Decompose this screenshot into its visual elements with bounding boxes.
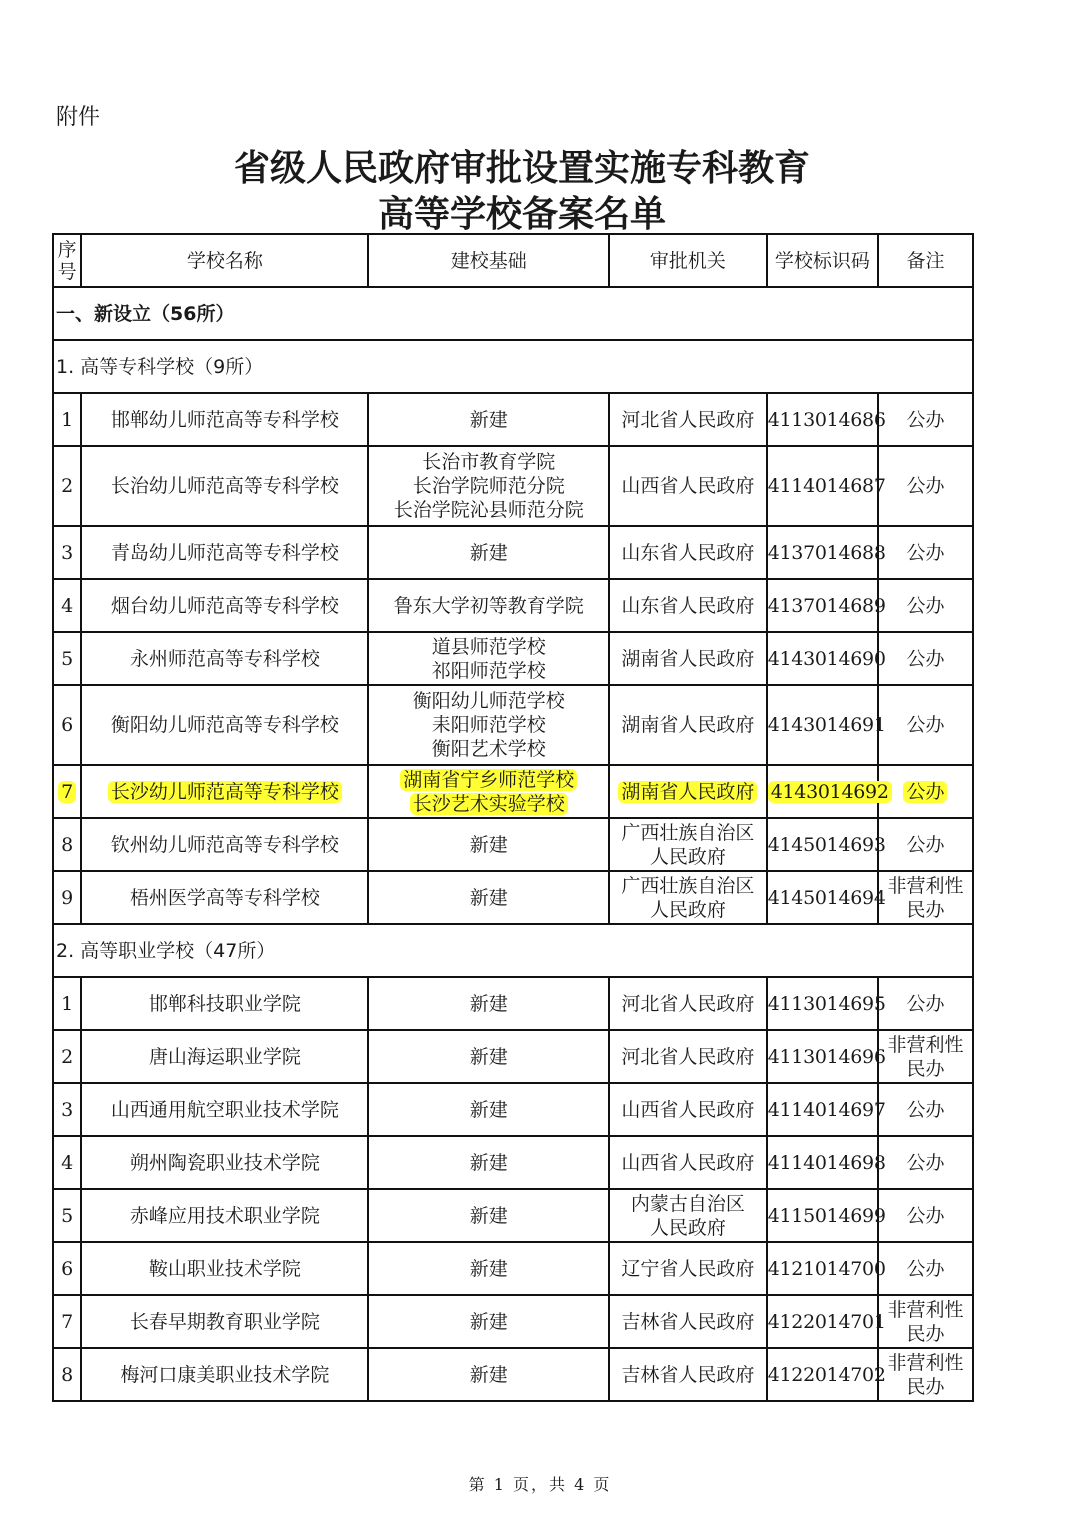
remark-text: 公办 [906,595,944,617]
founding-basis: 新建 [368,1189,609,1242]
row-number-text: 3 [61,542,73,564]
approval-authority-text: 广西壮族自治区 [621,822,754,844]
founding-basis-text: 祁阳师范学校 [432,660,546,682]
table-row: 2长治幼儿师范高等专科学校长治市教育学院长治学院师范分院长治学院沁县师范分院山西… [53,446,973,526]
table-row: 8钦州幼儿师范高等专科学校新建广西壮族自治区人民政府4145014693公办 [53,818,973,871]
founding-basis: 新建 [368,977,609,1030]
header-authority: 审批机关 [609,234,767,287]
subsection-row-vocational: 2. 高等职业学校（47所） [53,924,973,977]
section-title: 一、新设立（56所） [53,287,973,340]
founding-basis-text: 新建 [470,1099,508,1121]
approval-authority-text: 湖南省人民政府 [621,714,754,736]
row-number: 7 [53,765,81,818]
approval-authority-text: 山西省人民政府 [621,475,754,497]
remark: 非营利性民办 [878,1030,973,1083]
school-code: 4114014698 [767,1136,878,1189]
school-name: 邯郸幼儿师范高等专科学校 [81,393,368,446]
approval-authority-text: 河北省人民政府 [621,993,754,1015]
row-number-text: 5 [61,648,73,670]
header-school-name: 学校名称 [81,234,368,287]
founding-basis: 新建 [368,1030,609,1083]
row-number-text: 7 [61,1311,73,1333]
approval-authority: 吉林省人民政府 [609,1295,767,1348]
founding-basis-text: 新建 [470,1311,508,1333]
approval-authority-text: 山西省人民政府 [621,1152,754,1174]
approval-authority-text: 吉林省人民政府 [621,1311,754,1333]
remark-text: 公办 [906,542,944,564]
founding-basis-text: 新建 [470,1205,508,1227]
founding-basis: 长治市教育学院长治学院师范分院长治学院沁县师范分院 [368,446,609,526]
school-name-text: 衡阳幼儿师范高等专科学校 [111,714,339,736]
school-code-text: 4137014688 [768,542,886,564]
approval-authority: 河北省人民政府 [609,977,767,1030]
table-row: 6衡阳幼儿师范高等专科学校衡阳幼儿师范学校耒阳师范学校衡阳艺术学校湖南省人民政府… [53,685,973,765]
founding-basis-text: 新建 [470,887,508,909]
remark-text: 公办 [906,714,944,736]
school-name: 唐山海运职业学院 [81,1030,368,1083]
approval-authority: 吉林省人民政府 [609,1348,767,1401]
school-name-text: 梅河口康美职业技术学院 [120,1364,329,1386]
school-name-text: 烟台幼儿师范高等专科学校 [111,595,339,617]
row-number-text: 4 [61,595,73,617]
founding-basis: 衡阳幼儿师范学校耒阳师范学校衡阳艺术学校 [368,685,609,765]
row-number: 9 [53,871,81,924]
school-code: 4143014692 [767,765,878,818]
school-name: 长春早期教育职业学院 [81,1295,368,1348]
school-name: 赤峰应用技术职业学院 [81,1189,368,1242]
school-name-text: 长沙幼儿师范高等专科学校 [108,781,342,803]
row-number: 3 [53,526,81,579]
row-number: 6 [53,1242,81,1295]
row-number: 1 [53,977,81,1030]
approval-authority-text: 人民政府 [650,846,726,868]
approval-authority: 山东省人民政府 [609,579,767,632]
school-code: 4115014699 [767,1189,878,1242]
remark: 公办 [878,1242,973,1295]
school-name: 鞍山职业技术学院 [81,1242,368,1295]
school-code-text: 4122014702 [768,1364,886,1386]
remark-text: 公办 [906,1258,944,1280]
remark-text: 非营利性 [887,1352,963,1374]
approval-authority-text: 山西省人民政府 [621,1099,754,1121]
row-number-text: 9 [61,887,73,909]
school-name-text: 梧州医学高等专科学校 [130,887,320,909]
school-code: 4143014691 [767,685,878,765]
remark-text: 民办 [906,1376,944,1398]
school-name: 钦州幼儿师范高等专科学校 [81,818,368,871]
approval-authority: 山西省人民政府 [609,1136,767,1189]
school-name: 梧州医学高等专科学校 [81,871,368,924]
school-code-text: 4143014692 [768,781,892,803]
approval-authority: 辽宁省人民政府 [609,1242,767,1295]
school-name-text: 永州师范高等专科学校 [130,648,320,670]
school-code: 4143014690 [767,632,878,685]
school-code-text: 4113014686 [768,409,886,431]
founding-basis: 新建 [368,393,609,446]
approval-authority: 河北省人民政府 [609,393,767,446]
approval-authority-text: 湖南省人民政府 [621,648,754,670]
founding-basis-text: 新建 [470,1152,508,1174]
founding-basis: 新建 [368,1136,609,1189]
table-header-row: 序号 学校名称 建校基础 审批机关 学校标识码 备注 [53,234,973,287]
row-number-text: 7 [58,781,76,803]
header-seq: 序号 [53,234,81,287]
school-code: 4113014686 [767,393,878,446]
approval-authority: 河北省人民政府 [609,1030,767,1083]
table-row: 5赤峰应用技术职业学院新建内蒙古自治区人民政府4115014699公办 [53,1189,973,1242]
row-number-text: 6 [61,714,73,736]
founding-basis-text: 新建 [470,409,508,431]
row-number: 1 [53,393,81,446]
remark: 非营利性民办 [878,1348,973,1401]
table-row: 7长沙幼儿师范高等专科学校湖南省宁乡师范学校长沙艺术实验学校湖南省人民政府414… [53,765,973,818]
document-title-line2: 高等学校备案名单 [0,186,1062,237]
remark: 公办 [878,818,973,871]
school-name-text: 长春早期教育职业学院 [130,1311,320,1333]
row-number-text: 1 [61,993,73,1015]
approval-authority-text: 人民政府 [650,899,726,921]
founding-basis: 新建 [368,871,609,924]
school-code: 4113014695 [767,977,878,1030]
row-number-text: 1 [61,409,73,431]
school-name-text: 青岛幼儿师范高等专科学校 [111,542,339,564]
remark: 公办 [878,765,973,818]
row-number: 7 [53,1295,81,1348]
founding-basis-text: 新建 [470,1364,508,1386]
approval-authority: 内蒙古自治区人民政府 [609,1189,767,1242]
approval-authority-text: 山东省人民政府 [621,542,754,564]
row-number: 4 [53,1136,81,1189]
remark: 公办 [878,446,973,526]
school-code: 4114014697 [767,1083,878,1136]
school-name-text: 钦州幼儿师范高等专科学校 [111,834,339,856]
school-name: 邯郸科技职业学院 [81,977,368,1030]
row-number-text: 5 [61,1205,73,1227]
remark: 公办 [878,1083,973,1136]
school-name: 青岛幼儿师范高等专科学校 [81,526,368,579]
approval-authority: 山西省人民政府 [609,1083,767,1136]
remark: 公办 [878,579,973,632]
table-row: 7长春早期教育职业学院新建吉林省人民政府4122014701非营利性民办 [53,1295,973,1348]
school-code-text: 4121014700 [768,1258,886,1280]
table-row: 2唐山海运职业学院新建河北省人民政府4113014696非营利性民办 [53,1030,973,1083]
school-code-text: 4114014687 [768,475,886,497]
approval-authority-text: 湖南省人民政府 [618,781,757,803]
table-row: 1邯郸科技职业学院新建河北省人民政府4113014695公办 [53,977,973,1030]
row-number-text: 4 [61,1152,73,1174]
school-code-text: 4113014695 [768,993,886,1015]
founding-basis-text: 鲁东大学初等教育学院 [394,595,584,617]
row-number: 8 [53,818,81,871]
approval-authority-text: 吉林省人民政府 [621,1364,754,1386]
school-code-text: 4145014694 [768,887,886,909]
remark-text: 公办 [906,409,944,431]
school-code: 4145014693 [767,818,878,871]
approval-authority: 湖南省人民政府 [609,632,767,685]
table-row: 6鞍山职业技术学院新建辽宁省人民政府4121014700公办 [53,1242,973,1295]
remark: 非营利性民办 [878,871,973,924]
founding-basis-text: 湖南省宁乡师范学校 [400,769,577,791]
row-number-text: 8 [61,834,73,856]
row-number: 2 [53,446,81,526]
remark-text: 公办 [906,993,944,1015]
school-code: 4114014687 [767,446,878,526]
header-code: 学校标识码 [767,234,878,287]
row-number-text: 2 [61,475,73,497]
remark-text: 公办 [903,781,947,803]
school-code-text: 4113014696 [768,1046,886,1068]
founding-basis: 湖南省宁乡师范学校长沙艺术实验学校 [368,765,609,818]
remark-text: 非营利性 [887,1034,963,1056]
subsection-title: 1. 高等专科学校（9所） [53,340,973,393]
remark-text: 民办 [906,1323,944,1345]
founding-basis-text: 衡阳艺术学校 [432,738,546,760]
page-footer: 第 1 页，共 4 页 [0,1472,1080,1495]
school-name-text: 邯郸科技职业学院 [149,993,301,1015]
table-row: 1邯郸幼儿师范高等专科学校新建河北省人民政府4113014686公办 [53,393,973,446]
founding-basis: 新建 [368,526,609,579]
founding-basis-text: 新建 [470,542,508,564]
remark: 非营利性民办 [878,1295,973,1348]
school-code: 4137014688 [767,526,878,579]
school-name-text: 长治幼儿师范高等专科学校 [111,475,339,497]
school-name-text: 朔州陶瓷职业技术学院 [130,1152,320,1174]
school-name: 朔州陶瓷职业技术学院 [81,1136,368,1189]
approval-authority-text: 河北省人民政府 [621,1046,754,1068]
approval-authority: 广西壮族自治区人民政府 [609,818,767,871]
school-code: 4122014701 [767,1295,878,1348]
founding-basis-text: 长治学院沁县师范分院 [394,499,584,521]
approval-authority: 山东省人民政府 [609,526,767,579]
school-name: 烟台幼儿师范高等专科学校 [81,579,368,632]
remark: 公办 [878,526,973,579]
school-code-text: 4114014698 [768,1152,886,1174]
remark: 公办 [878,632,973,685]
school-name: 梅河口康美职业技术学院 [81,1348,368,1401]
row-number-text: 8 [61,1364,73,1386]
founding-basis-text: 新建 [470,1258,508,1280]
school-name: 永州师范高等专科学校 [81,632,368,685]
remark-text: 公办 [906,1205,944,1227]
approval-authority: 湖南省人民政府 [609,685,767,765]
founding-basis-text: 衡阳幼儿师范学校 [413,690,565,712]
school-code-text: 4145014693 [768,834,886,856]
remark-text: 公办 [906,475,944,497]
founding-basis: 新建 [368,1348,609,1401]
document-title-line1: 省级人民政府审批设置实施专科教育 [0,140,1062,191]
school-name-text: 鞍山职业技术学院 [149,1258,301,1280]
approval-authority: 湖南省人民政府 [609,765,767,818]
subsection-row-colleges: 1. 高等专科学校（9所） [53,340,973,393]
school-name-text: 山西通用航空职业技术学院 [111,1099,339,1121]
founding-basis: 新建 [368,818,609,871]
remark-text: 公办 [906,648,944,670]
founding-basis-text: 道县师范学校 [432,636,546,658]
row-number: 5 [53,1189,81,1242]
founding-basis-text: 长治学院师范分院 [413,475,565,497]
remark: 公办 [878,1136,973,1189]
approval-authority-text: 内蒙古自治区 [631,1193,745,1215]
founding-basis: 新建 [368,1242,609,1295]
school-name-text: 赤峰应用技术职业学院 [130,1205,320,1227]
school-code-text: 4137014689 [768,595,886,617]
founding-basis-text: 长治市教育学院 [422,451,555,473]
founding-basis-text: 新建 [470,993,508,1015]
attachment-label: 附件 [56,100,100,131]
school-code: 4122014702 [767,1348,878,1401]
row-number: 3 [53,1083,81,1136]
remark-text: 公办 [906,1099,944,1121]
remark-text: 公办 [906,1152,944,1174]
table-row: 3山西通用航空职业技术学院新建山西省人民政府4114014697公办 [53,1083,973,1136]
founding-basis-text: 耒阳师范学校 [432,714,546,736]
row-number: 8 [53,1348,81,1401]
school-name: 山西通用航空职业技术学院 [81,1083,368,1136]
header-note: 备注 [878,234,973,287]
table-row: 3青岛幼儿师范高等专科学校新建山东省人民政府4137014688公办 [53,526,973,579]
row-number: 5 [53,632,81,685]
subsection-title: 2. 高等职业学校（47所） [53,924,973,977]
school-code-text: 4114014697 [768,1099,886,1121]
school-code-text: 4143014690 [768,648,886,670]
remark-text: 民办 [906,1058,944,1080]
row-number-text: 2 [61,1046,73,1068]
approval-authority-text: 广西壮族自治区 [621,875,754,897]
remark-text: 公办 [906,834,944,856]
school-code: 4137014689 [767,579,878,632]
approval-authority-text: 辽宁省人民政府 [621,1258,754,1280]
remark-text: 民办 [906,899,944,921]
founding-basis-text: 新建 [470,1046,508,1068]
school-name: 长治幼儿师范高等专科学校 [81,446,368,526]
founding-basis-text: 长沙艺术实验学校 [410,793,568,815]
approval-authority: 广西壮族自治区人民政府 [609,871,767,924]
school-code-text: 4115014699 [768,1205,886,1227]
school-name-text: 唐山海运职业学院 [149,1046,301,1068]
school-list-table: 序号 学校名称 建校基础 审批机关 学校标识码 备注 一、新设立（56所） 1.… [52,233,974,1402]
remark: 公办 [878,685,973,765]
founding-basis: 新建 [368,1295,609,1348]
row-number-text: 6 [61,1258,73,1280]
table-row: 4朔州陶瓷职业技术学院新建山西省人民政府4114014698公办 [53,1136,973,1189]
row-number: 6 [53,685,81,765]
approval-authority-text: 人民政府 [650,1217,726,1239]
remark: 公办 [878,977,973,1030]
header-basis: 建校基础 [368,234,609,287]
school-code: 4121014700 [767,1242,878,1295]
founding-basis: 新建 [368,1083,609,1136]
remark: 公办 [878,1189,973,1242]
row-number-text: 3 [61,1099,73,1121]
school-name: 衡阳幼儿师范高等专科学校 [81,685,368,765]
approval-authority: 山西省人民政府 [609,446,767,526]
approval-authority-text: 河北省人民政府 [621,409,754,431]
school-code-text: 4143014691 [768,714,886,736]
approval-authority-text: 山东省人民政府 [621,595,754,617]
table-row: 8梅河口康美职业技术学院新建吉林省人民政府4122014702非营利性民办 [53,1348,973,1401]
school-code: 4145014694 [767,871,878,924]
row-number: 2 [53,1030,81,1083]
founding-basis-text: 新建 [470,834,508,856]
section-row-new: 一、新设立（56所） [53,287,973,340]
founding-basis: 道县师范学校祁阳师范学校 [368,632,609,685]
table-row: 4烟台幼儿师范高等专科学校鲁东大学初等教育学院山东省人民政府4137014689… [53,579,973,632]
school-name-text: 邯郸幼儿师范高等专科学校 [111,409,339,431]
school-code: 4113014696 [767,1030,878,1083]
remark-text: 非营利性 [887,1299,963,1321]
table-row: 9梧州医学高等专科学校新建广西壮族自治区人民政府4145014694非营利性民办 [53,871,973,924]
school-code-text: 4122014701 [768,1311,886,1333]
table-row: 5永州师范高等专科学校道县师范学校祁阳师范学校湖南省人民政府4143014690… [53,632,973,685]
row-number: 4 [53,579,81,632]
remark-text: 非营利性 [887,875,963,897]
remark: 公办 [878,393,973,446]
founding-basis: 鲁东大学初等教育学院 [368,579,609,632]
school-name: 长沙幼儿师范高等专科学校 [81,765,368,818]
